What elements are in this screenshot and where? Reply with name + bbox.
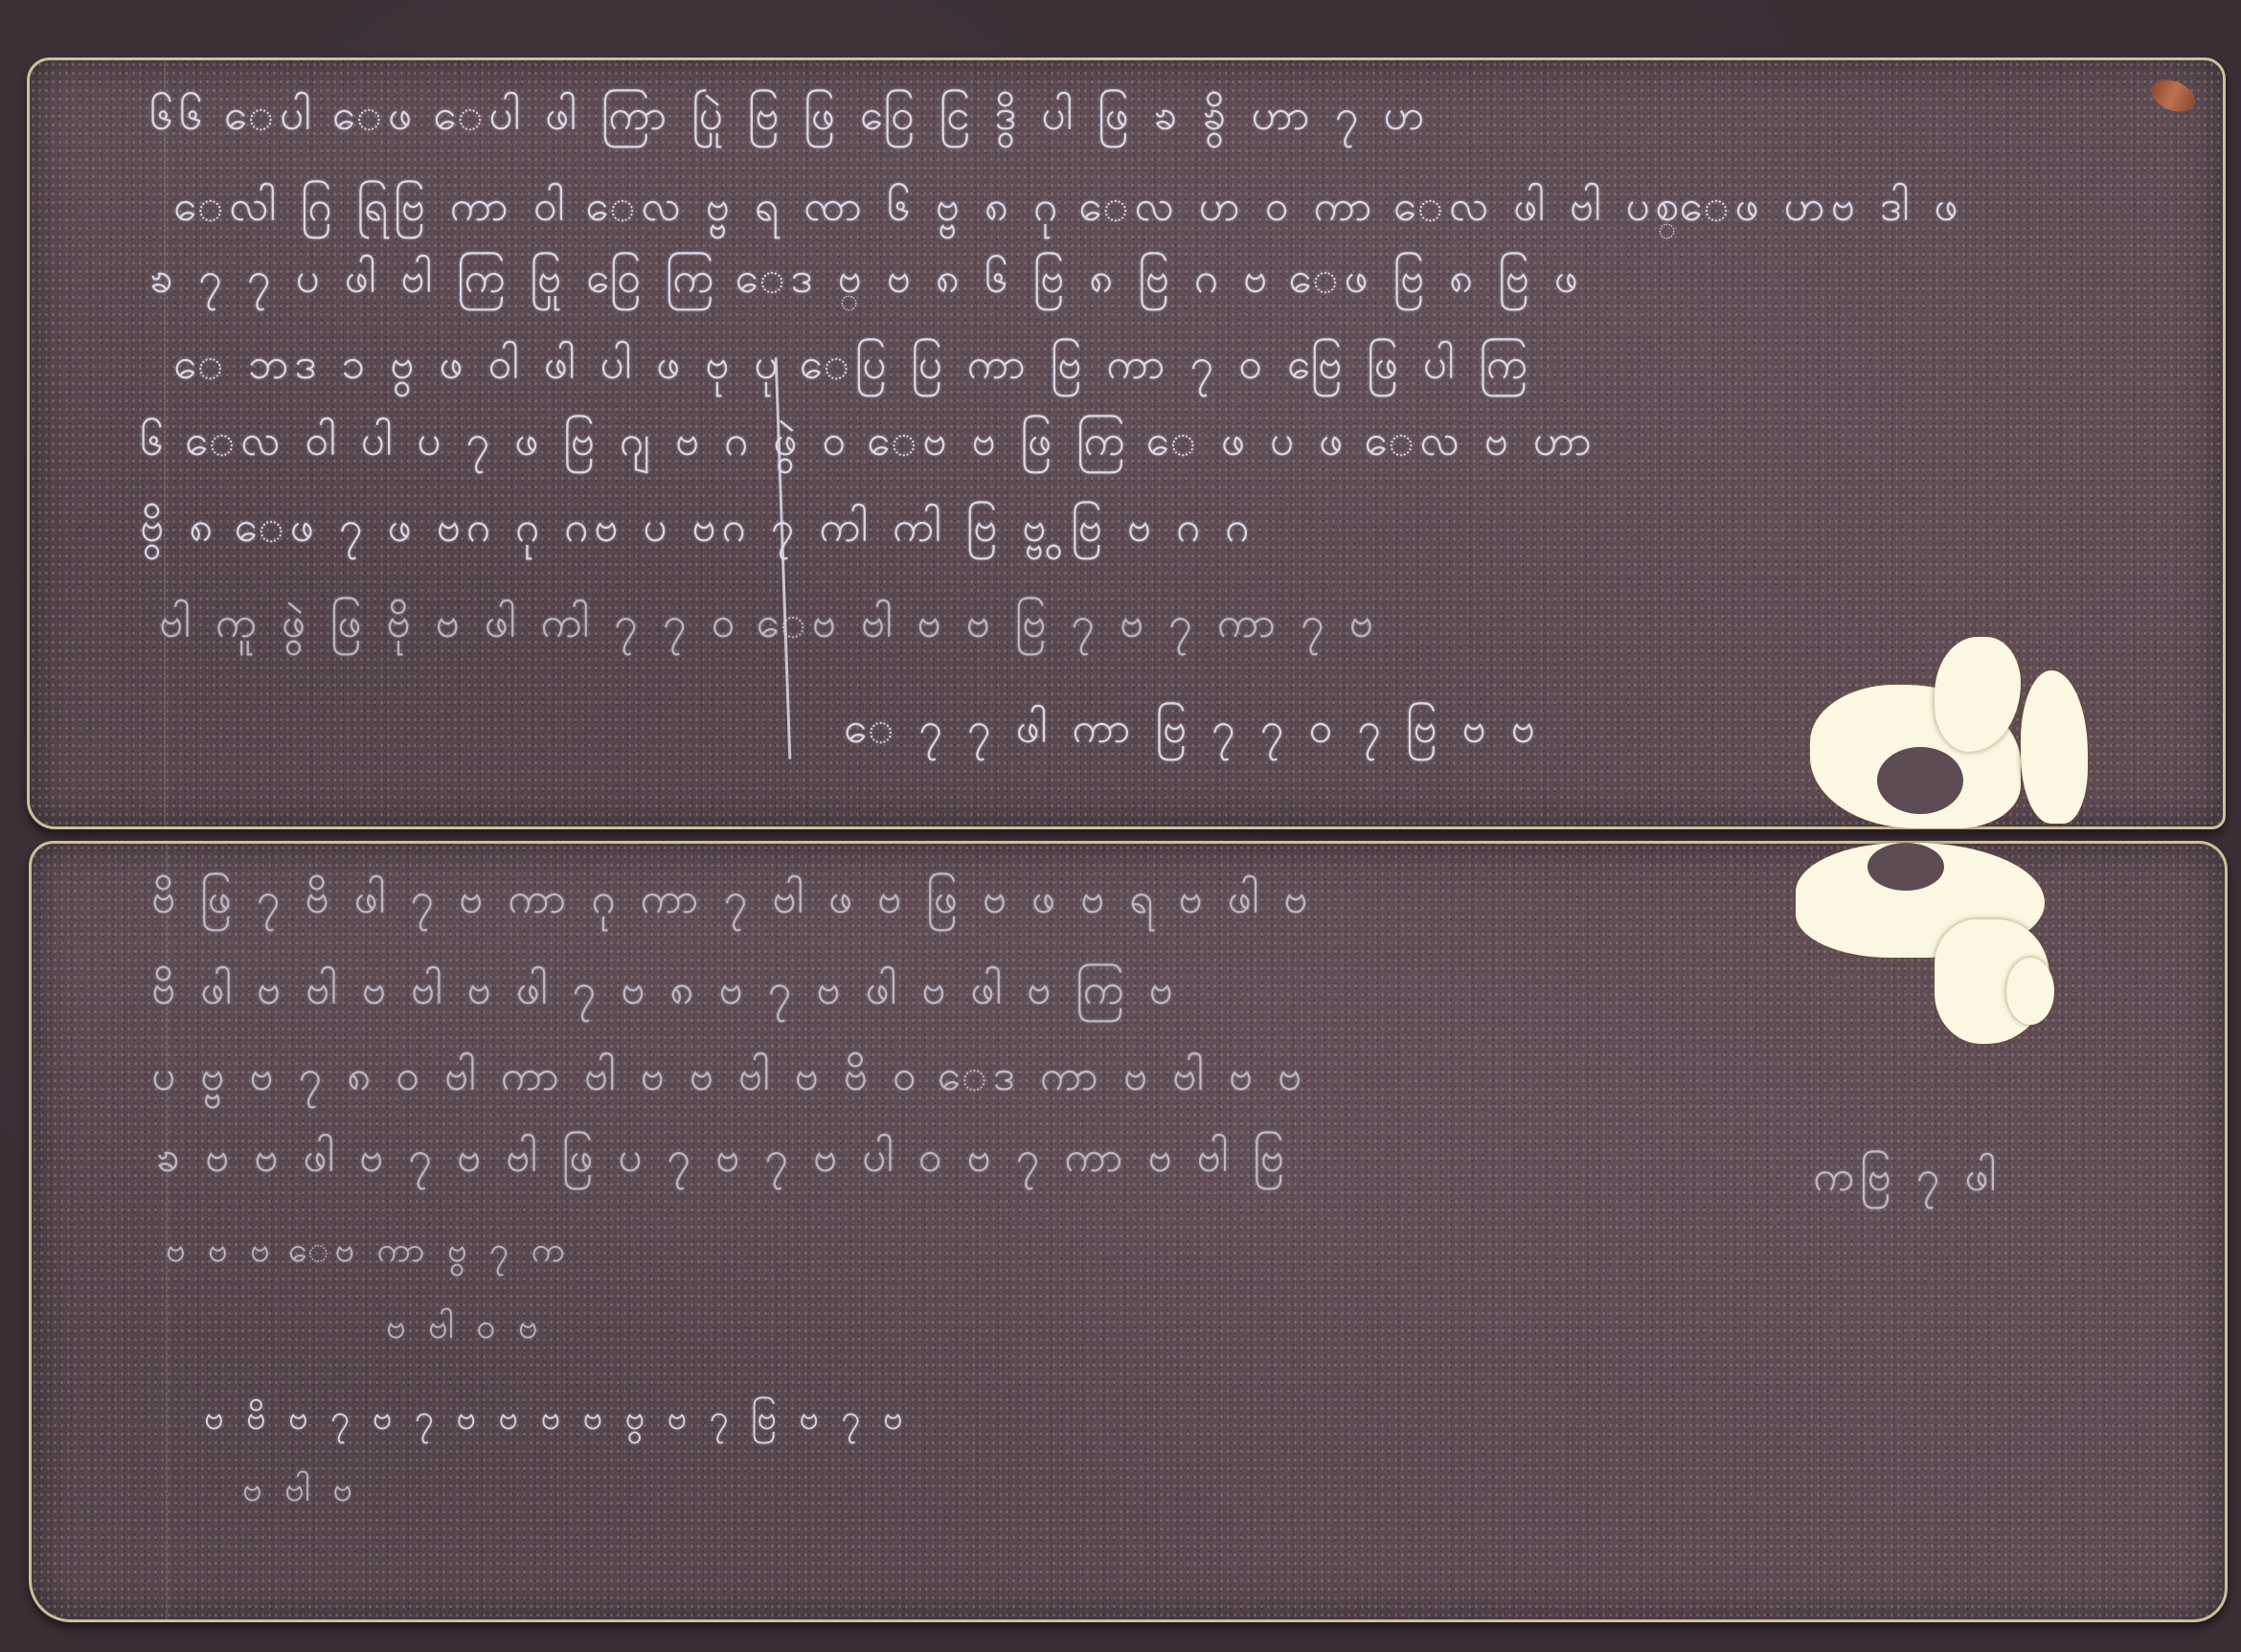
script-line: ဗ ဗိ ဗ ၇ ဗ ၇ ဗ ဗ ဗ ဗ ဗွ ဗ ၇ ဗြ ဗ ၇ ဗ xyxy=(204,1394,909,1446)
damage-inner-hole xyxy=(1867,843,1944,891)
script-line: ၶ ဗ ဗ ဖါ ဗ ၇ ဗ ဗါ ဖြ ပ ၇ ဗ ၇ ဗ ပါ ၀ ဗ ၇ … xyxy=(156,1131,1290,1192)
script-line: ပ ဗ္ဗ ဗ ၇ ၈ ၀ ဗါ ကာ ဗါ ဗ ဗ ဗါ ဗ ဗိ ၀ ေဒ … xyxy=(151,1050,1307,1111)
script-line: ဗ ဗ ဗ ေဗ ကာ ဗွ ၇ က xyxy=(166,1227,571,1279)
script-line: ေလါ ဂြ ရြဗြ ကာ ဝါ ေလ ဗ္ဗ ရ ၸာ ၆ ဗ္ဗ ၈ ဂု… xyxy=(173,180,1963,241)
script-line: ဗိ ဖြ ၇ ဗိ ဖါ ၇ ဗ ကာ ဂု ကာ ၇ ဗါ ဖ ဗ ဖြ ဗ… xyxy=(151,872,1313,934)
script-side-note: ကဗြ ၇ ဖါ xyxy=(1813,1150,2002,1211)
script-line: ၶ ၇ ၇ ပ ဖါ ဗါ ကြ ဗြု ဝြေ ကြ ေဒ ဗ္ ဗ ၈ ၆ … xyxy=(149,252,1584,313)
manuscript-panel-bottom: ဗိ ဖြ ၇ ဗိ ဖါ ၇ ဗ ကာ ဂု ကာ ၇ ဗါ ဖ ဗ ဖြ ဗ… xyxy=(29,841,2228,1622)
damage-inner-hole xyxy=(1877,747,1963,814)
script-line: ဗ ဗါ ၀ ဗ xyxy=(386,1303,544,1355)
script-line: ဗွိ ၈ ေဖ ၇ ဖ ဗဂ ဂု ဂဗ ပ ဗဂ ၇ ကါ ကါ ဗြ ဗ္… xyxy=(140,501,1255,562)
script-line: ၆၆ ေပါ ေဖ ေပါ ဖါ ကြာ ပြုဲ ဗြ ဖြ ဝြေ ငြ ဒ… xyxy=(149,89,1430,150)
script-line: ဗိ ဖါ ဗ ဗါ ဗ ဗါ ဗ ဖါ ၇ ဗ ၈ ဗ ၇ ဗ ဖါ ဗ ဖါ… xyxy=(151,963,1179,1025)
script-line: ေ ၇ ၇ ဖါ ကာ ဗြ ၇ ၇ ၀ ၇ ဗြ ဗ ဗ xyxy=(844,702,1541,763)
script-line: ဗါ ကူ ဖွဲ ဖြ ဗို ဗ ဖါ ကါ ၇ ၇ ၀ ေဗ ဗါ ဗ ဗ… xyxy=(159,597,1379,658)
damage-patch xyxy=(2006,958,2054,1025)
script-line: ၆ ေလ ဝါ ပါ ပ ၇ ဖ ဗြ ဂျ ဗ ဂ ဖွဲ ဝ ေဗ ဗ ဖြ… xyxy=(140,415,1597,476)
script-line: ေ ဘဒ ၁ ဗွ ဖ ဝါ ဖါ ပါ ဖ ဗု ပု ေပြ ပြ ကာ ဗ… xyxy=(173,338,1533,399)
script-line: ဗ ဗါ ဗ xyxy=(242,1466,358,1518)
